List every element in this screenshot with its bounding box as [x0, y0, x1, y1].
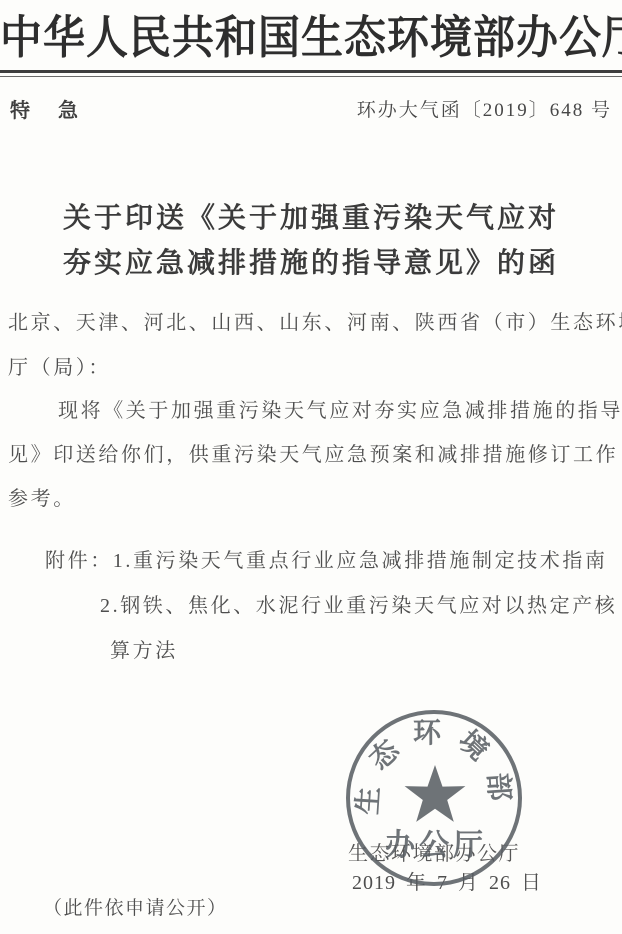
document-page: 中华人民共和国生态环境部办公厅 特 急 环办大气函〔2019〕648 号 关于印… — [0, 0, 622, 934]
official-seal: 生态环境部 办公厅 — [339, 703, 529, 893]
star-icon — [405, 765, 466, 822]
seal-inner-text: 办公厅 — [385, 829, 487, 862]
addressee-line-1: 北京、天津、河北、山西、山东、河南、陕西省（市）生态环境 — [8, 306, 622, 335]
attachment-line-2: 2.钢铁、焦化、水泥行业重污染天气应对以热定产核 — [100, 589, 617, 618]
footer-disclosure-note: （此件依申请公开） — [43, 893, 228, 920]
body-paragraph-line-2: 见》印送给你们，供重污染天气应急预案和减排措施修订工作 — [8, 438, 618, 467]
letterhead-title: 中华人民共和国生态环境部办公厅 — [0, 2, 622, 67]
body-paragraph-line-1: 现将《关于加强重污染天气应对夯实应急减排措施的指导意 — [58, 394, 622, 423]
addressee-line-2: 厅（局）： — [8, 351, 111, 380]
attachment-line-1: 附件：1.重污染天气重点行业应急减排措施制定技术指南 — [45, 544, 608, 573]
letterhead-divider — [0, 70, 622, 77]
document-number: 环办大气函〔2019〕648 号 — [357, 95, 612, 122]
body-paragraph-line-3: 参考。 — [8, 482, 76, 511]
document-title-line-2: 夯实应急减排措施的指导意见》的函 — [0, 241, 622, 281]
urgency-label: 特 急 — [10, 94, 82, 123]
document-title-line-1: 关于印送《关于加强重污染天气应对 — [0, 196, 622, 236]
attachment-line-3: 算方法 — [110, 634, 178, 663]
